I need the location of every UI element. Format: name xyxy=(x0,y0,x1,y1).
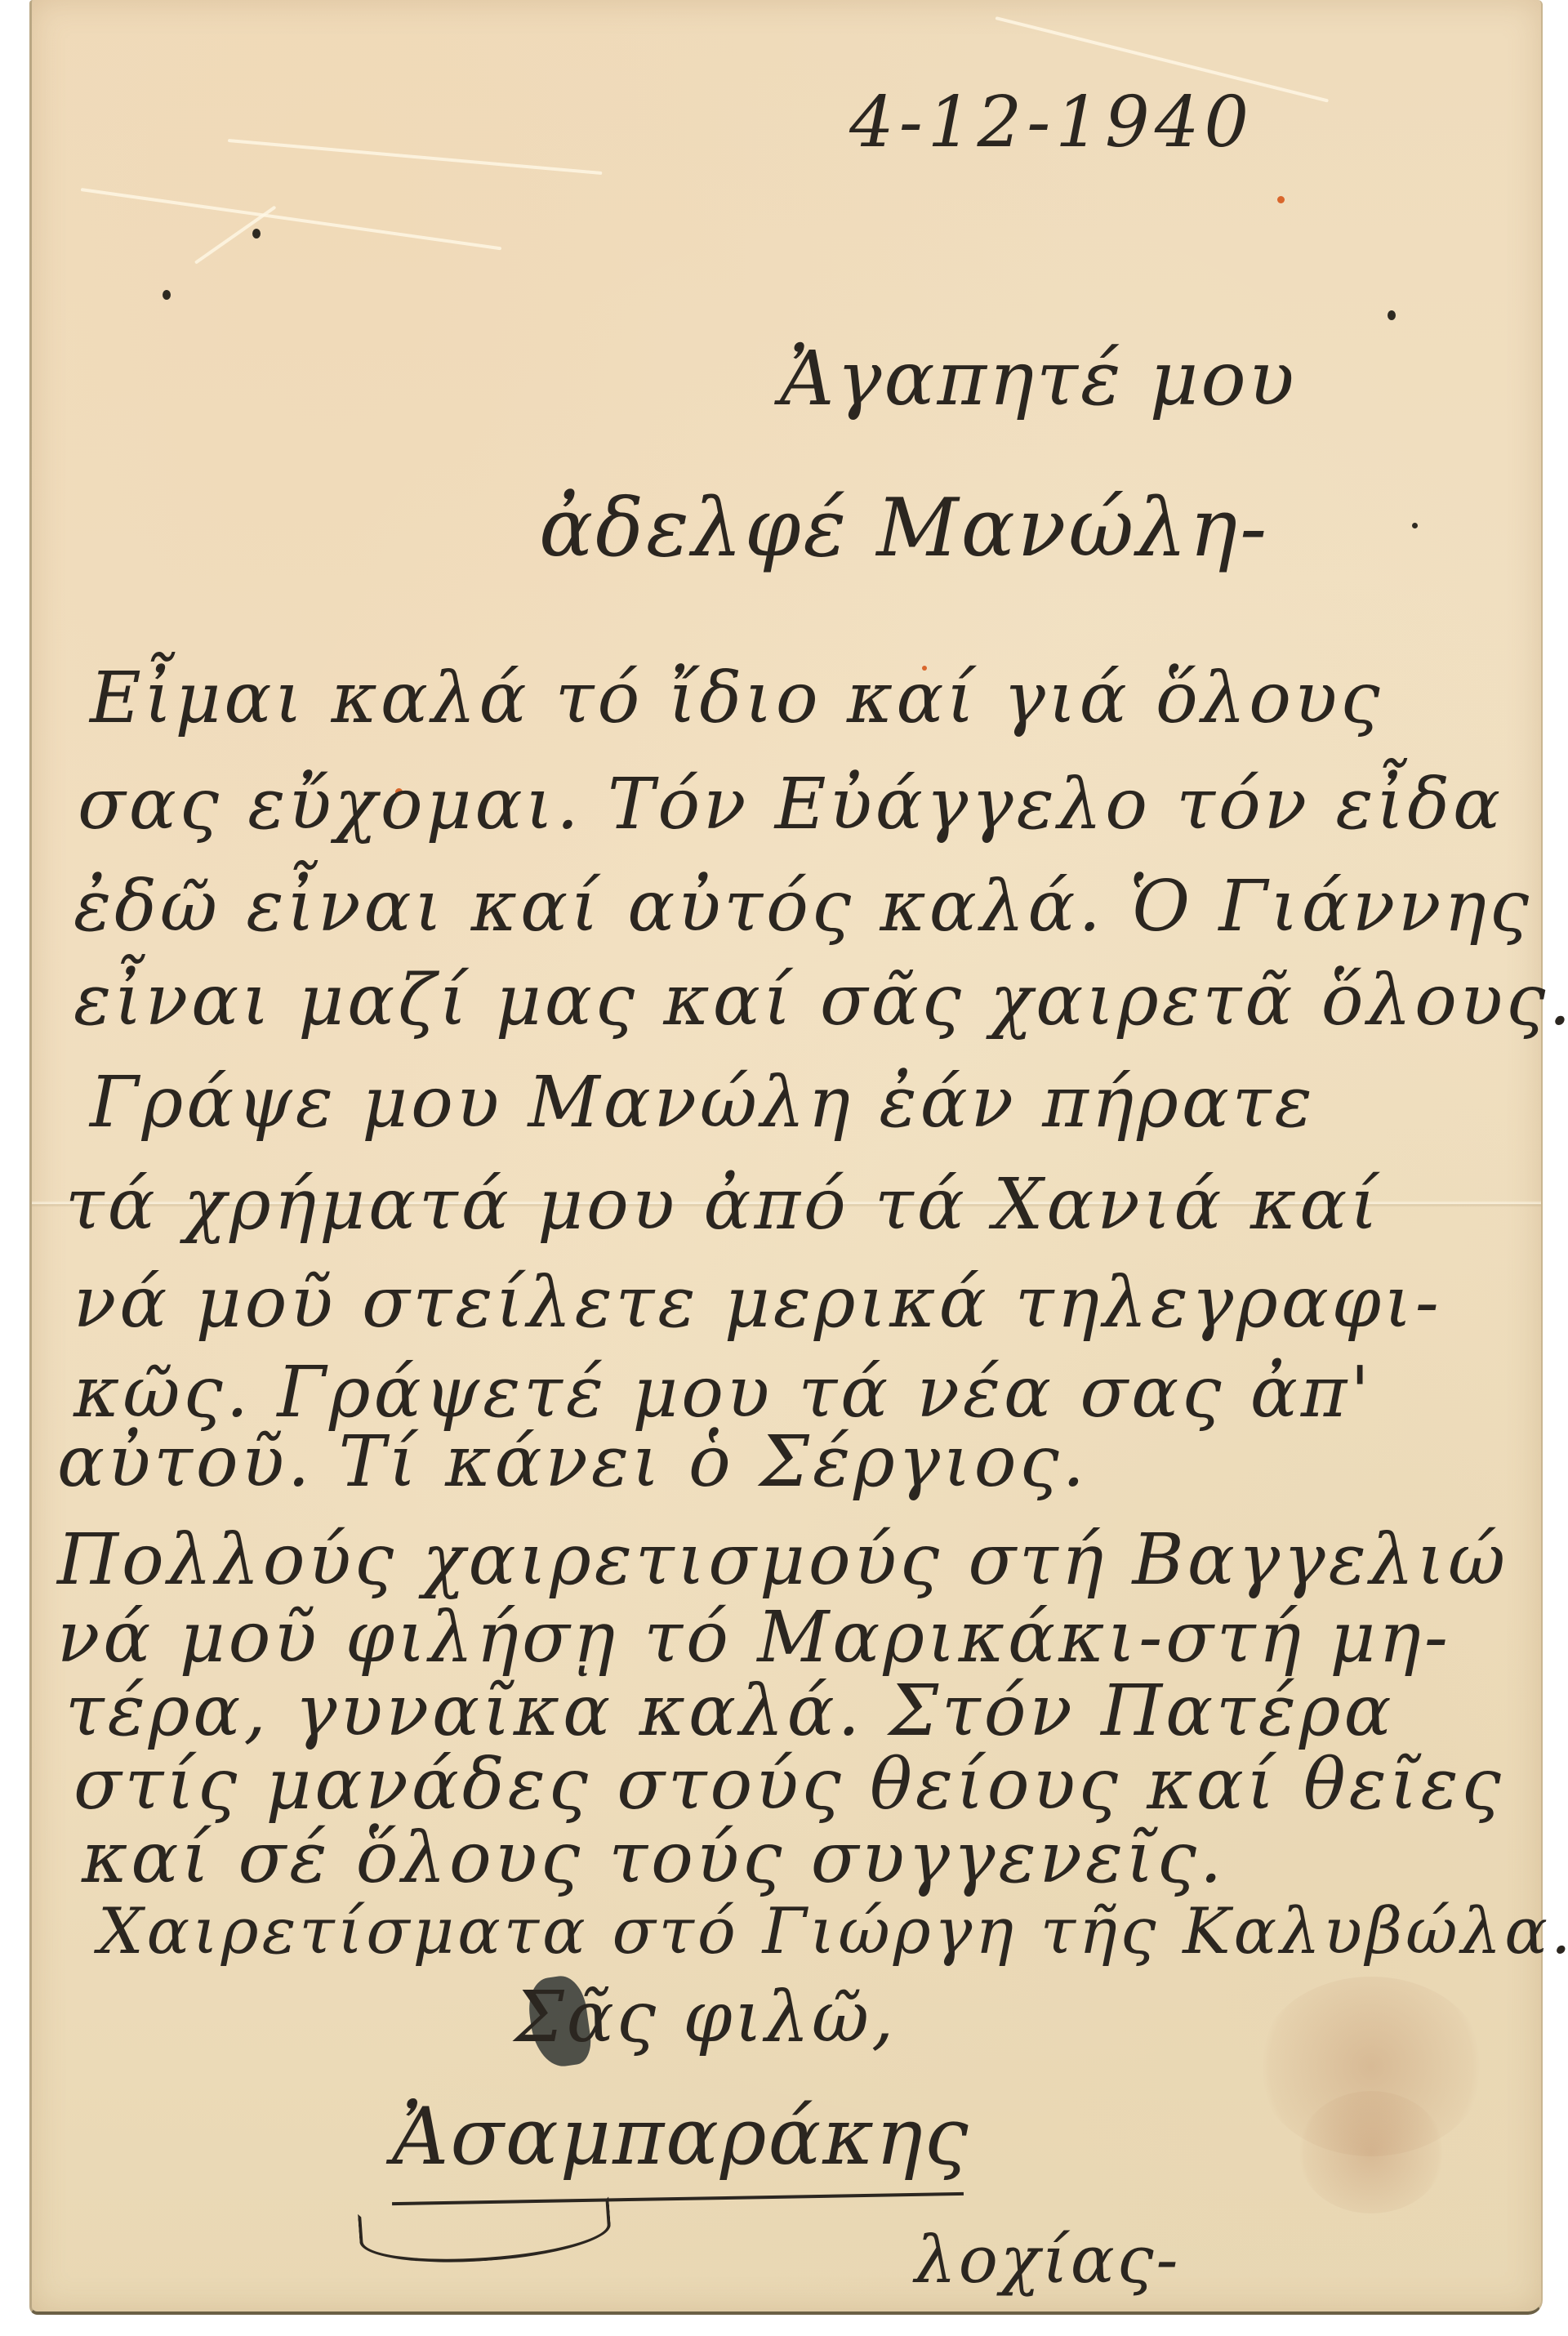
body-line: σας εὔχομαι. Τόν Εὐάγγελο τόν εἶδα xyxy=(78,764,1503,845)
paper-crack xyxy=(194,206,277,265)
water-stain xyxy=(1298,2091,1445,2213)
pin-hole xyxy=(1412,523,1418,528)
body-line: Πολλούς χαιρετισμούς στή Βαγγελιώ xyxy=(57,1519,1508,1601)
signature-rank: λοχίας- xyxy=(915,2222,1181,2298)
pin-hole xyxy=(252,229,261,239)
body-line: ἐδῶ εἶναι καί αὐτός καλά. Ὁ Γιάννης xyxy=(73,866,1532,947)
rust-speck xyxy=(1277,196,1285,203)
signature: Ἀσαμπαράκης xyxy=(392,2091,970,2182)
pin-hole xyxy=(163,290,171,300)
salutation-line-2: ἀδελφέ Μανώλη- xyxy=(539,482,1269,575)
body-line: στίς μανάδες στούς θείους καί θεῖες xyxy=(73,1744,1504,1826)
body-line: νά μοῦ φιλήσῃ τό Μαρικάκι-στή μη- xyxy=(57,1597,1451,1678)
body-line: εἶναι μαζί μας καί σᾶς χαιρετᾶ ὅλους. xyxy=(73,960,1568,1041)
body-line: καί σέ ὅλους τούς συγγενεῖς. xyxy=(82,1817,1225,1899)
letter-date: 4-12-1940 xyxy=(849,82,1254,163)
body-line: Γράψε μου Μανώλη ἐάν πήρατε xyxy=(90,1062,1316,1143)
paper-crack xyxy=(228,139,603,175)
body-line: Εἶμαι καλά τό ἴδιο καί γιά ὅλους xyxy=(90,658,1383,739)
body-line: νά μοῦ στείλετε μερικά τηλεγραφι- xyxy=(73,1262,1442,1344)
body-line: αὐτοῦ. Τί κάνει ὁ Σέργιος. xyxy=(57,1421,1088,1503)
closing-phrase: Σᾶς φιλῶ, xyxy=(514,1977,896,2058)
body-line: τέρα, γυναῖκα καλά. Στόν Πατέρα xyxy=(65,1670,1395,1752)
pin-hole xyxy=(1388,310,1396,320)
body-line: Χαιρετίσματα στό Γιώργη τῆς Καλυβώλα. xyxy=(98,1895,1568,1968)
salutation-line-1: Ἀγαπητέ μου xyxy=(780,335,1297,422)
paper-crack xyxy=(81,188,501,250)
body-line: τά χρήματά μου ἀπό τά Χανιά καί xyxy=(65,1164,1381,1246)
